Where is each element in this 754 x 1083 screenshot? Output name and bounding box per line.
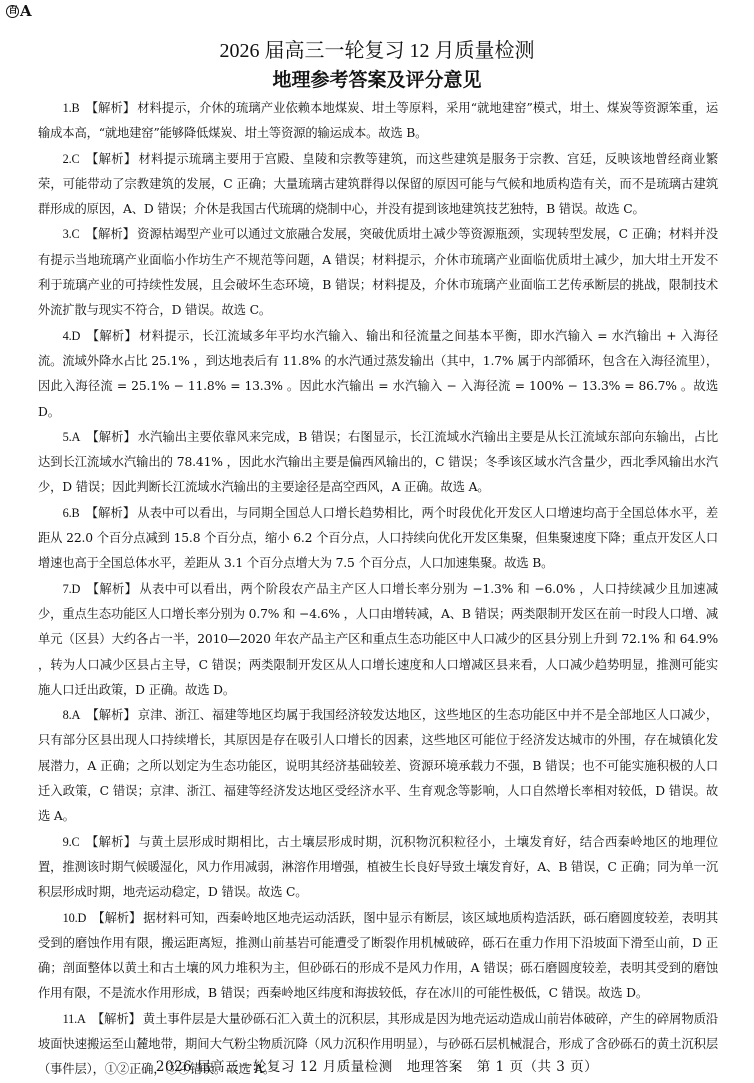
- analysis-tag: 【解析】: [86, 227, 136, 241]
- document-title: 2026 届高三一轮复习 12 月质量检测: [0, 34, 754, 63]
- analysis-tag: 【解析】: [86, 708, 136, 722]
- analysis-tag: 【解析】: [86, 506, 136, 520]
- analysis-tag: 【解析】: [92, 911, 141, 925]
- analysis-tag: 【解析】: [86, 582, 137, 596]
- answer-item-2: 2.C【解析】材料提示琉璃主要用于宫殿、皇陵和宗教等建筑，而这些建筑是服务于宗教…: [38, 147, 718, 223]
- answer-text: 京津、浙江、福建等地区均属于我国经济较发达地区，这些地区的生态功能区中并不是全部…: [38, 708, 718, 823]
- circled-bai-icon: 百: [6, 5, 19, 18]
- answer-number: 2.C: [63, 152, 80, 166]
- answer-list: 1.B【解析】材料提示，介休的琉璃产业依赖本地煤炭、坩土等原料，采用“就地建窑”…: [38, 96, 718, 1083]
- answer-text: 与黄土层形成时期相比，古土壤层形成时期，沉积物沉积粒径小，土壤发育好，结合西秦岭…: [38, 835, 718, 900]
- answer-number: 11.A: [63, 1012, 86, 1026]
- answer-item-10: 10.D【解析】据材料可知，西秦岭地区地壳运动活跃，图中显示有断层，该区域地质构…: [38, 906, 718, 1007]
- answer-item-7: 7.D【解析】从表中可以看出，两个阶段农产品主产区人口增长率分别为 −1.3% …: [38, 577, 718, 703]
- answer-number: 9.C: [63, 835, 80, 849]
- answer-number: 5.A: [63, 430, 81, 444]
- analysis-tag: 【解析】: [86, 835, 137, 849]
- answer-number: 7.D: [63, 582, 81, 596]
- answer-item-9: 9.C【解析】与黄土层形成时期相比，古土壤层形成时期，沉积物沉积粒径小，土壤发育…: [38, 830, 718, 906]
- answer-item-4: 4.D【解析】材料提示，长江流域多年平均水汽输入、输出和径流量之间基本平衡，即水…: [38, 324, 718, 425]
- answer-item-1: 1.B【解析】材料提示，介休的琉璃产业依赖本地煤炭、坩土等原料，采用“就地建窑”…: [38, 96, 718, 147]
- corner-mark: 百 A: [6, 2, 31, 20]
- analysis-tag: 【解析】: [86, 329, 137, 343]
- answer-text: 材料提示琉璃主要用于宫殿、皇陵和宗教等建筑，而这些建筑是服务于宗教、宫廷，反映该…: [38, 152, 718, 217]
- answer-text: 水汽输出主要依靠风来完成，B 错误；右图显示，长江流域水汽输出主要是从长江流域东…: [38, 430, 718, 495]
- answer-text: 资源枯竭型产业可以通过文旅融合发展，突破优质坩土减少等资源瓶颈，实现转型发展，C…: [38, 227, 718, 317]
- page-footer: 2026 届高三一轮复习 12 月质量检测 地理答案 第 1 页（共 3 页）: [0, 1055, 754, 1075]
- answer-number: 10.D: [63, 911, 87, 925]
- answer-number: 1.B: [63, 101, 80, 115]
- analysis-tag: 【解析】: [86, 101, 136, 115]
- answer-text: 从表中可以看出，两个阶段农产品主产区人口增长率分别为 −1.3% 和 −6.0%…: [38, 582, 718, 697]
- answer-text: 材料提示，介休的琉璃产业依赖本地煤炭、坩土等原料，采用“就地建窑”模式，坩土、煤…: [38, 101, 718, 140]
- document-subtitle: 地理参考答案及评分意见: [0, 65, 754, 92]
- answer-number: 4.D: [63, 329, 81, 343]
- corner-mark-letter: A: [20, 2, 31, 20]
- answer-text: 从表中可以看出，与同期全国总人口增长趋势相比，两个时段优化开发区人口增速均高于全…: [38, 506, 718, 571]
- analysis-tag: 【解析】: [86, 152, 137, 166]
- answer-number: 8.A: [63, 708, 81, 722]
- answer-number: 6.B: [63, 506, 80, 520]
- answer-text: 材料提示，长江流域多年平均水汽输入、输出和径流量之间基本平衡，即水汽输入 = 水…: [38, 329, 718, 419]
- answer-number: 3.C: [63, 227, 80, 241]
- answer-item-8: 8.A【解析】京津、浙江、福建等地区均属于我国经济较发达地区，这些地区的生态功能…: [38, 703, 718, 829]
- answer-item-3: 3.C【解析】资源枯竭型产业可以通过文旅融合发展，突破优质坩土减少等资源瓶颈，实…: [38, 222, 718, 323]
- analysis-tag: 【解析】: [92, 1012, 141, 1026]
- answer-item-6: 6.B【解析】从表中可以看出，与同期全国总人口增长趋势相比，两个时段优化开发区人…: [38, 501, 718, 577]
- analysis-tag: 【解析】: [86, 430, 136, 444]
- answer-item-5: 5.A【解析】水汽输出主要依靠风来完成，B 错误；右图显示，长江流域水汽输出主要…: [38, 425, 718, 501]
